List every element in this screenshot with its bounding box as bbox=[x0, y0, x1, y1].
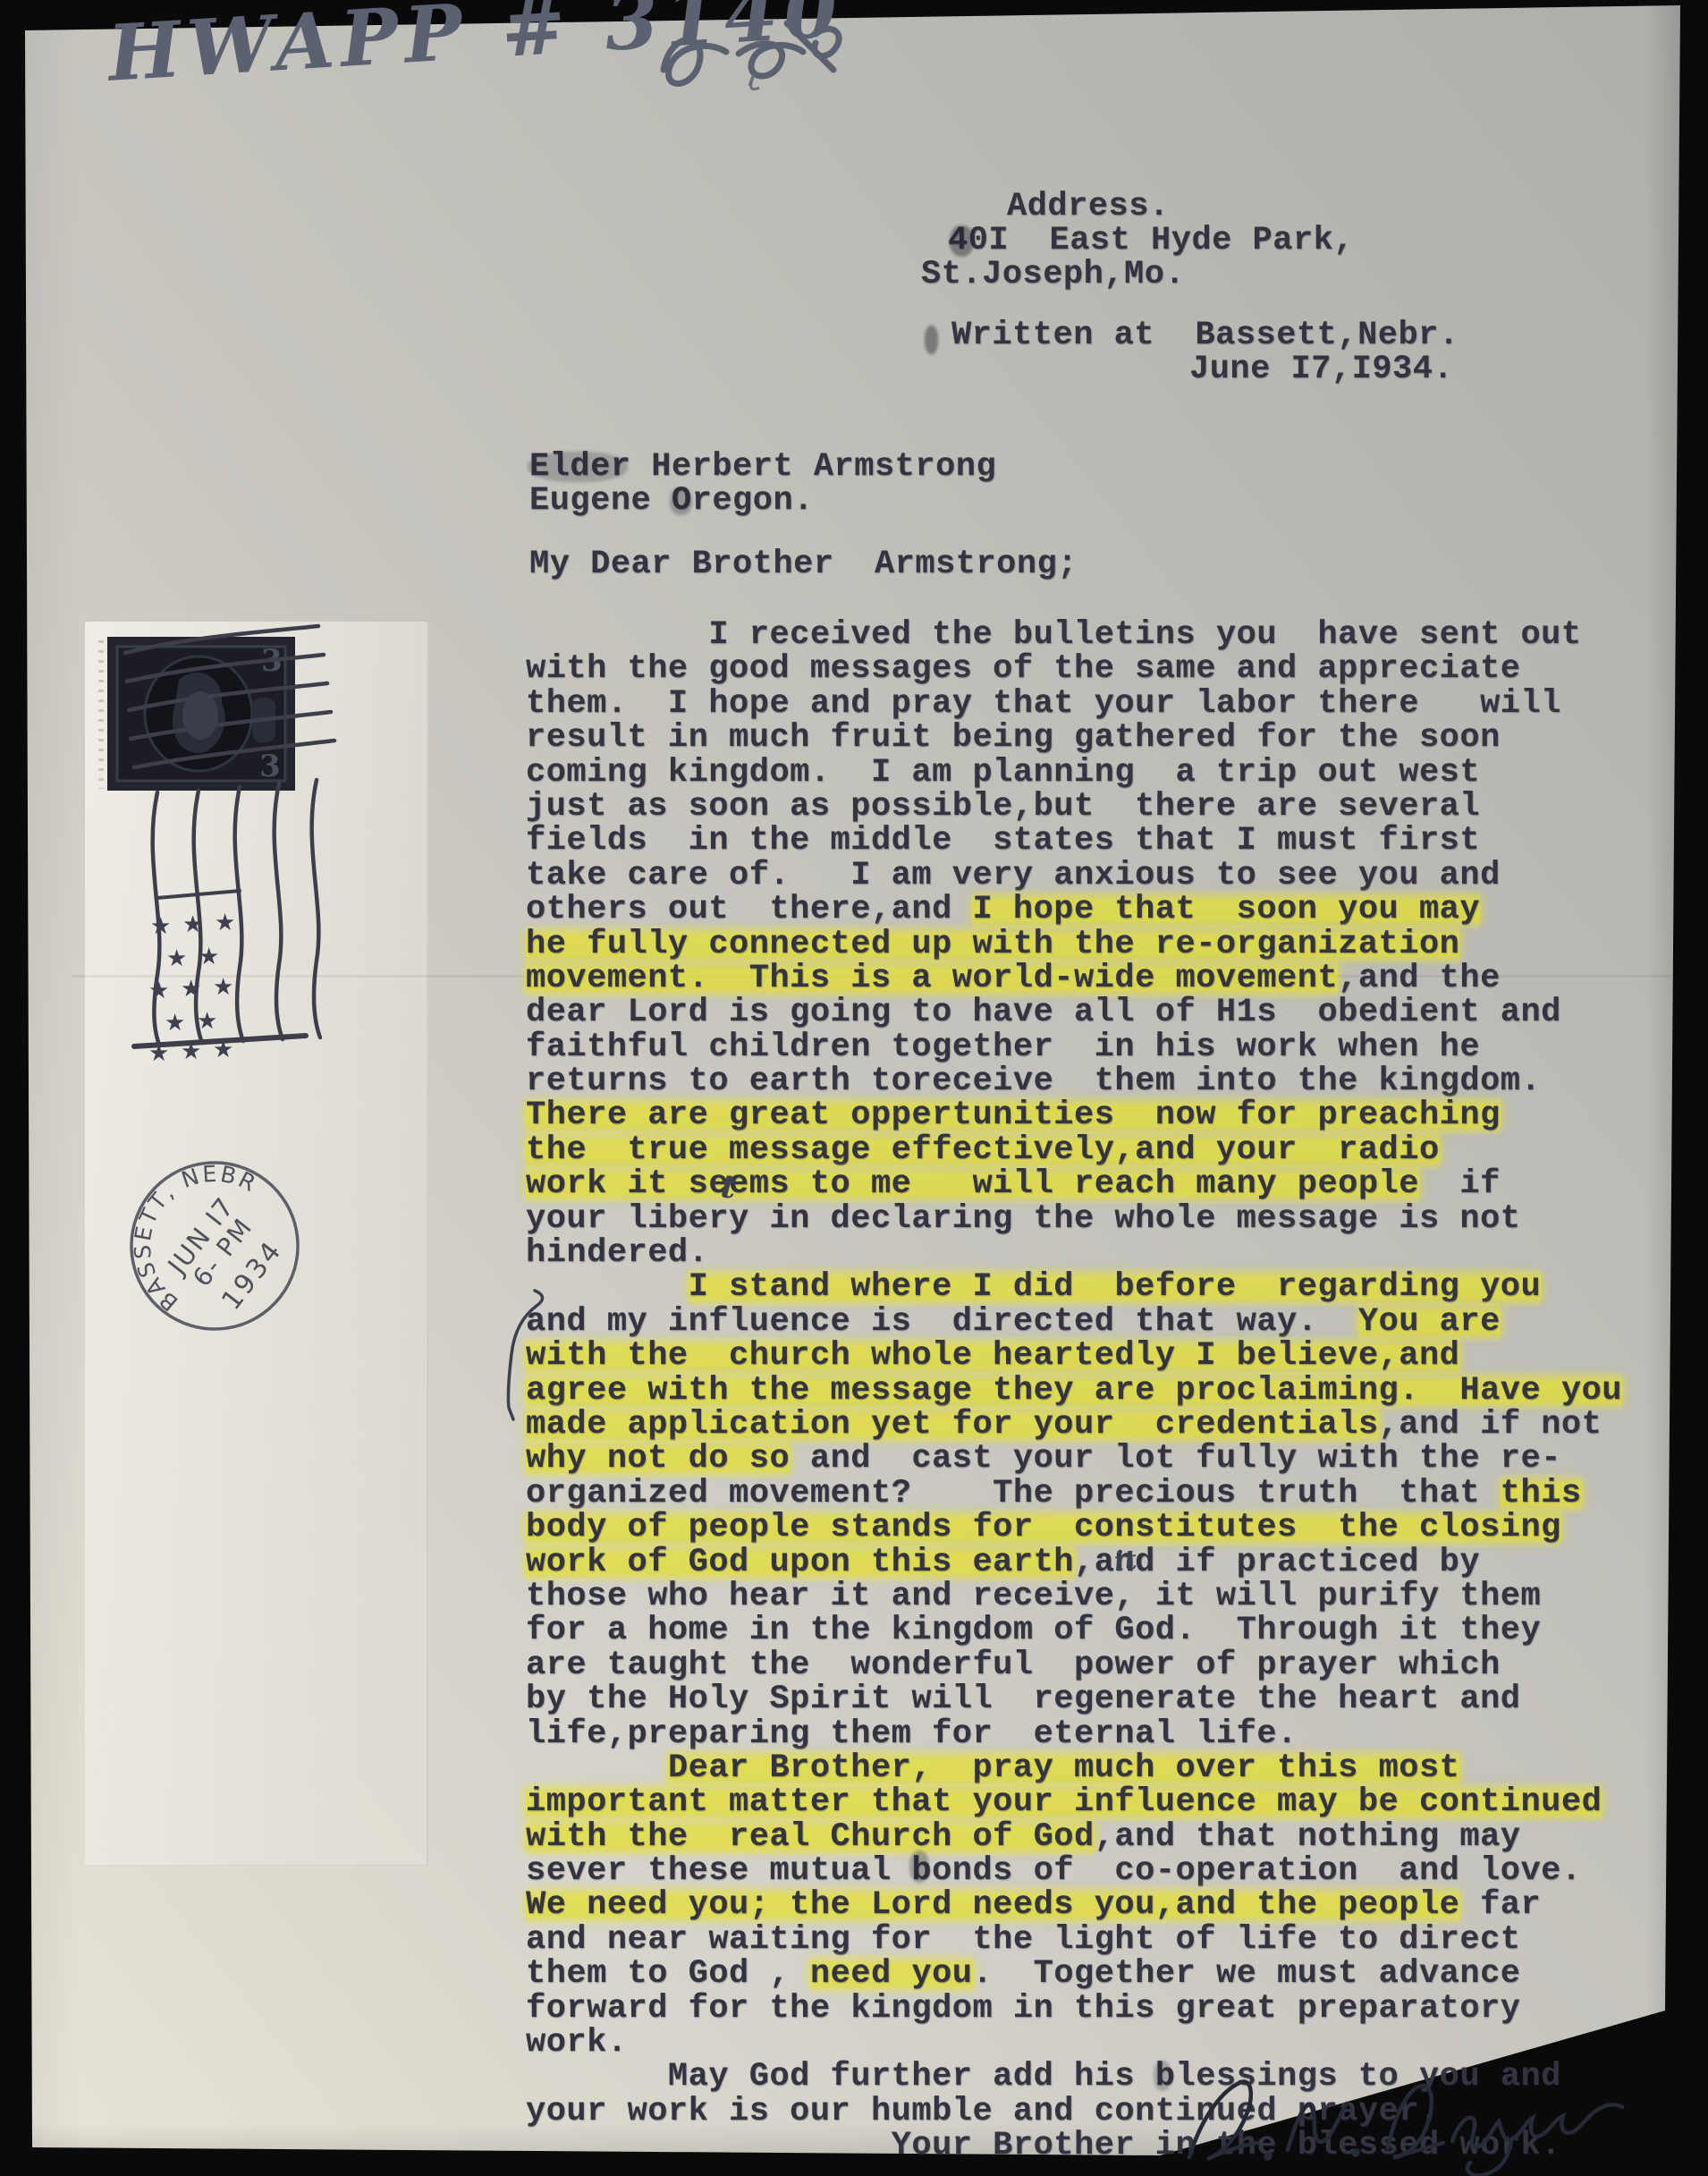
typed-text: May God further add his blessings to you… bbox=[526, 2058, 1561, 2096]
typed-line: them to God , need you. Together we must… bbox=[526, 1957, 1622, 1991]
highlighted-text: the true message effectively,and your ra… bbox=[526, 1131, 1440, 1169]
typed-line: body of people stands for constitutes th… bbox=[526, 1511, 1622, 1545]
typed-line: organized movement? The precious truth t… bbox=[526, 1477, 1622, 1511]
typed-text: returns to earth toreceive them into the… bbox=[526, 1063, 1541, 1100]
address-line1: 40I East Hyde Park, bbox=[948, 224, 1354, 258]
scanned-letter-page: HWAPP # 3140 Address. 40I East Hyde Park… bbox=[0, 0, 1708, 2176]
typed-line: them. I hope and pray that your labor th… bbox=[526, 687, 1622, 721]
highlighted-text: work of God upon this earth bbox=[526, 1544, 1074, 1581]
typed-line: important matter that your influence may… bbox=[526, 1785, 1622, 1819]
highlighted-text: with the church whole heartedly I believ… bbox=[526, 1337, 1459, 1375]
typed-line: are taught the wonderful power of prayer… bbox=[526, 1648, 1622, 1682]
highlighted-text: I hope that soon you may bbox=[972, 891, 1480, 928]
typed-text: and near waiting for the light of life t… bbox=[526, 1921, 1520, 1959]
typed-text: with the good messages of the same and a… bbox=[526, 650, 1520, 688]
typed-text: them to God , bbox=[526, 1955, 810, 1993]
typed-line: forward for the kingdom in this great pr… bbox=[526, 1992, 1622, 2026]
typed-text: faithful children together in his work w… bbox=[526, 1029, 1480, 1066]
typed-line: and near waiting for the light of life t… bbox=[526, 1923, 1622, 1957]
typed-line: the true message effectively,and your ra… bbox=[526, 1133, 1622, 1167]
typed-line: with the real Church of God,and that not… bbox=[526, 1820, 1622, 1854]
ink-smudge-oregon bbox=[670, 487, 692, 515]
highlighted-text: important matter that your influence may… bbox=[526, 1783, 1602, 1821]
typed-text: are taught the wonderful power of prayer… bbox=[526, 1647, 1501, 1684]
highlighted-text: You are bbox=[1358, 1303, 1501, 1341]
typed-line: work it seems to me will reach many peop… bbox=[526, 1167, 1622, 1201]
typed-text: and cast your lot fully with the re- bbox=[790, 1440, 1561, 1477]
typed-line: I stand where I did before regarding you bbox=[526, 1270, 1622, 1304]
typed-text: coming kingdom. I am planning a trip out… bbox=[526, 754, 1480, 792]
typed-text: far bbox=[1459, 1886, 1541, 1924]
typed-line: agree with the message they are proclaim… bbox=[526, 1374, 1622, 1408]
typed-line: others out there,and I hope that soon yo… bbox=[526, 893, 1622, 927]
highlighted-text: with the real Church of God bbox=[526, 1818, 1095, 1856]
typed-line: with the good messages of the same and a… bbox=[526, 652, 1622, 686]
ink-smudge-elder bbox=[528, 452, 628, 482]
typed-line: your work is our humble and continued pr… bbox=[526, 2095, 1622, 2129]
typed-text: dear Lord is going to have all of H1s ob… bbox=[526, 994, 1561, 1031]
typed-text: your libery in declaring the whole messa… bbox=[526, 1200, 1520, 1238]
typed-line: work of God upon this earth,and if pract… bbox=[526, 1545, 1622, 1579]
paragraph-mark bbox=[925, 326, 938, 354]
typed-line: I received the bulletins you have sent o… bbox=[526, 618, 1622, 652]
typed-line: dear Lord is going to have all of H1s ob… bbox=[526, 995, 1622, 1029]
typed-line: by the Holy Spirit will regenerate the h… bbox=[526, 1682, 1622, 1716]
highlighted-text: agree with the message they are proclaim… bbox=[526, 1372, 1622, 1410]
typed-line: work. bbox=[526, 2026, 1622, 2060]
typed-text: ,and that nothing may bbox=[1095, 1818, 1521, 1856]
typed-text: for a home in the kingdom of God. Throug… bbox=[526, 1612, 1541, 1649]
typed-text: your work is our humble and continued pr… bbox=[526, 2093, 1440, 2130]
typed-text: others out there,and bbox=[526, 891, 972, 928]
address-line2: St.Joseph,Mo. bbox=[921, 258, 1185, 292]
typed-line: made application yet for your credential… bbox=[526, 1408, 1622, 1442]
typed-line: Dear Brother, pray much over this most bbox=[526, 1751, 1622, 1785]
ink-smudge-address-digit bbox=[950, 225, 974, 257]
typed-line: he fully connected up with the re-organi… bbox=[526, 927, 1622, 961]
ink-smudge-continued bbox=[1154, 2061, 1171, 2091]
typed-line: life,preparing them for eternal life. bbox=[526, 1717, 1622, 1751]
written-at-line: Written at Bassett,Nebr. bbox=[951, 318, 1459, 352]
typed-text: forward for the kingdom in this great pr… bbox=[526, 1990, 1520, 2028]
typed-line: your libery in declaring the whole messa… bbox=[526, 1202, 1622, 1236]
handwritten-t-correction: t bbox=[720, 1167, 738, 1206]
typed-text: organized movement? The precious truth t… bbox=[526, 1475, 1501, 1512]
typed-line: faithful children together in his work w… bbox=[526, 1030, 1622, 1064]
typed-text: life,preparing them for eternal life. bbox=[526, 1715, 1298, 1753]
highlighted-text: movement. This is a world-wide movement bbox=[526, 960, 1338, 997]
highlighted-text: There are great oppertunities now for pr… bbox=[526, 1096, 1501, 1134]
typed-text: result in much fruit being gathered for … bbox=[526, 719, 1501, 757]
date-line: June I7,I934. bbox=[1189, 352, 1453, 386]
highlighted-text: this bbox=[1501, 1475, 1582, 1512]
typed-line: returns to earth toreceive them into the… bbox=[526, 1064, 1622, 1098]
typed-line: why not do so and cast your lot fully wi… bbox=[526, 1442, 1622, 1476]
highlighted-text: need you bbox=[810, 1955, 973, 1993]
typed-line: May God further add his blessings to you… bbox=[526, 2060, 1622, 2094]
typed-line: with the church whole heartedly I believ… bbox=[526, 1339, 1622, 1373]
typed-text: . Together we must advance bbox=[973, 1955, 1521, 1993]
typed-line: take care of. I am very anxious to see y… bbox=[526, 859, 1622, 893]
typed-line: We need you; the Lord needs you,and the … bbox=[526, 1888, 1622, 1922]
typed-line: fields in the middle states that I must … bbox=[526, 824, 1622, 858]
highlighted-text: body of people stands for constitutes th… bbox=[526, 1509, 1561, 1546]
typed-text bbox=[526, 1749, 668, 1787]
highlighted-text: I stand where I did before regarding you bbox=[689, 1268, 1542, 1306]
typed-line: Your Brother in the blessed work. bbox=[526, 2129, 1622, 2163]
highlighted-text: made application yet for your credential… bbox=[526, 1406, 1379, 1444]
typed-text: just as soon as possible,but there are s… bbox=[526, 788, 1480, 826]
typed-line: There are great oppertunities now for pr… bbox=[526, 1098, 1622, 1132]
highlighted-text: Dear Brother, pray much over this most bbox=[668, 1749, 1459, 1787]
highlighted-text: We need you; the Lord needs you,and the … bbox=[526, 1886, 1459, 1924]
typed-text: ,and the bbox=[1338, 960, 1501, 997]
typed-line: those who hear it and receive, it will p… bbox=[526, 1579, 1622, 1613]
typed-text: sever these mutual bonds of co-operation… bbox=[526, 1852, 1582, 1890]
typed-text: by the Holy Spirit will regenerate the h… bbox=[526, 1681, 1520, 1718]
salutation: My Dear Brother Armstrong; bbox=[529, 547, 1078, 581]
highlighted-text: he fully connected up with the re-organi… bbox=[526, 926, 1459, 963]
typed-text: ,and if not bbox=[1379, 1406, 1602, 1444]
typed-line: sever these mutual bonds of co-operation… bbox=[526, 1854, 1622, 1888]
typed-text: take care of. I am very anxious to see y… bbox=[526, 857, 1501, 894]
highlighted-text: work it seems to me will reach many peop… bbox=[526, 1165, 1419, 1203]
envelope-fragment bbox=[85, 622, 428, 1866]
typed-line: movement. This is a world-wide movement,… bbox=[526, 961, 1622, 995]
typed-text: them. I hope and pray that your labor th… bbox=[526, 685, 1561, 723]
typed-line: just as soon as possible,but there are s… bbox=[526, 790, 1622, 824]
typed-line: result in much fruit being gathered for … bbox=[526, 721, 1622, 755]
typed-text: I received the bulletins you have sent o… bbox=[526, 616, 1582, 654]
typed-text: Your Brother in the blessed work. bbox=[526, 2127, 1561, 2164]
letter-body: I received the bulletins you have sent o… bbox=[526, 618, 1622, 2163]
address-label: Address. bbox=[1007, 190, 1170, 224]
typed-text: and my influence is directed that way. bbox=[526, 1303, 1358, 1341]
typed-text: work. bbox=[526, 2024, 628, 2062]
typed-line: for a home in the kingdom of God. Throug… bbox=[526, 1613, 1622, 1647]
typed-line: hindered. bbox=[526, 1236, 1622, 1270]
typed-text: if bbox=[1419, 1165, 1501, 1203]
typed-line: coming kingdom. I am planning a trip out… bbox=[526, 756, 1622, 790]
typed-text: those who hear it and receive, it will p… bbox=[526, 1578, 1541, 1615]
typed-text: hindered. bbox=[526, 1234, 708, 1272]
ink-smudge-bonds bbox=[909, 1850, 929, 1883]
handwritten-it-insertion: it bbox=[1112, 1545, 1138, 1578]
typed-text bbox=[526, 1268, 689, 1306]
typed-text: fields in the middle states that I must … bbox=[526, 822, 1480, 859]
highlighted-text: why not do so bbox=[526, 1440, 790, 1477]
typed-line: and my influence is directed that way. Y… bbox=[526, 1305, 1622, 1339]
